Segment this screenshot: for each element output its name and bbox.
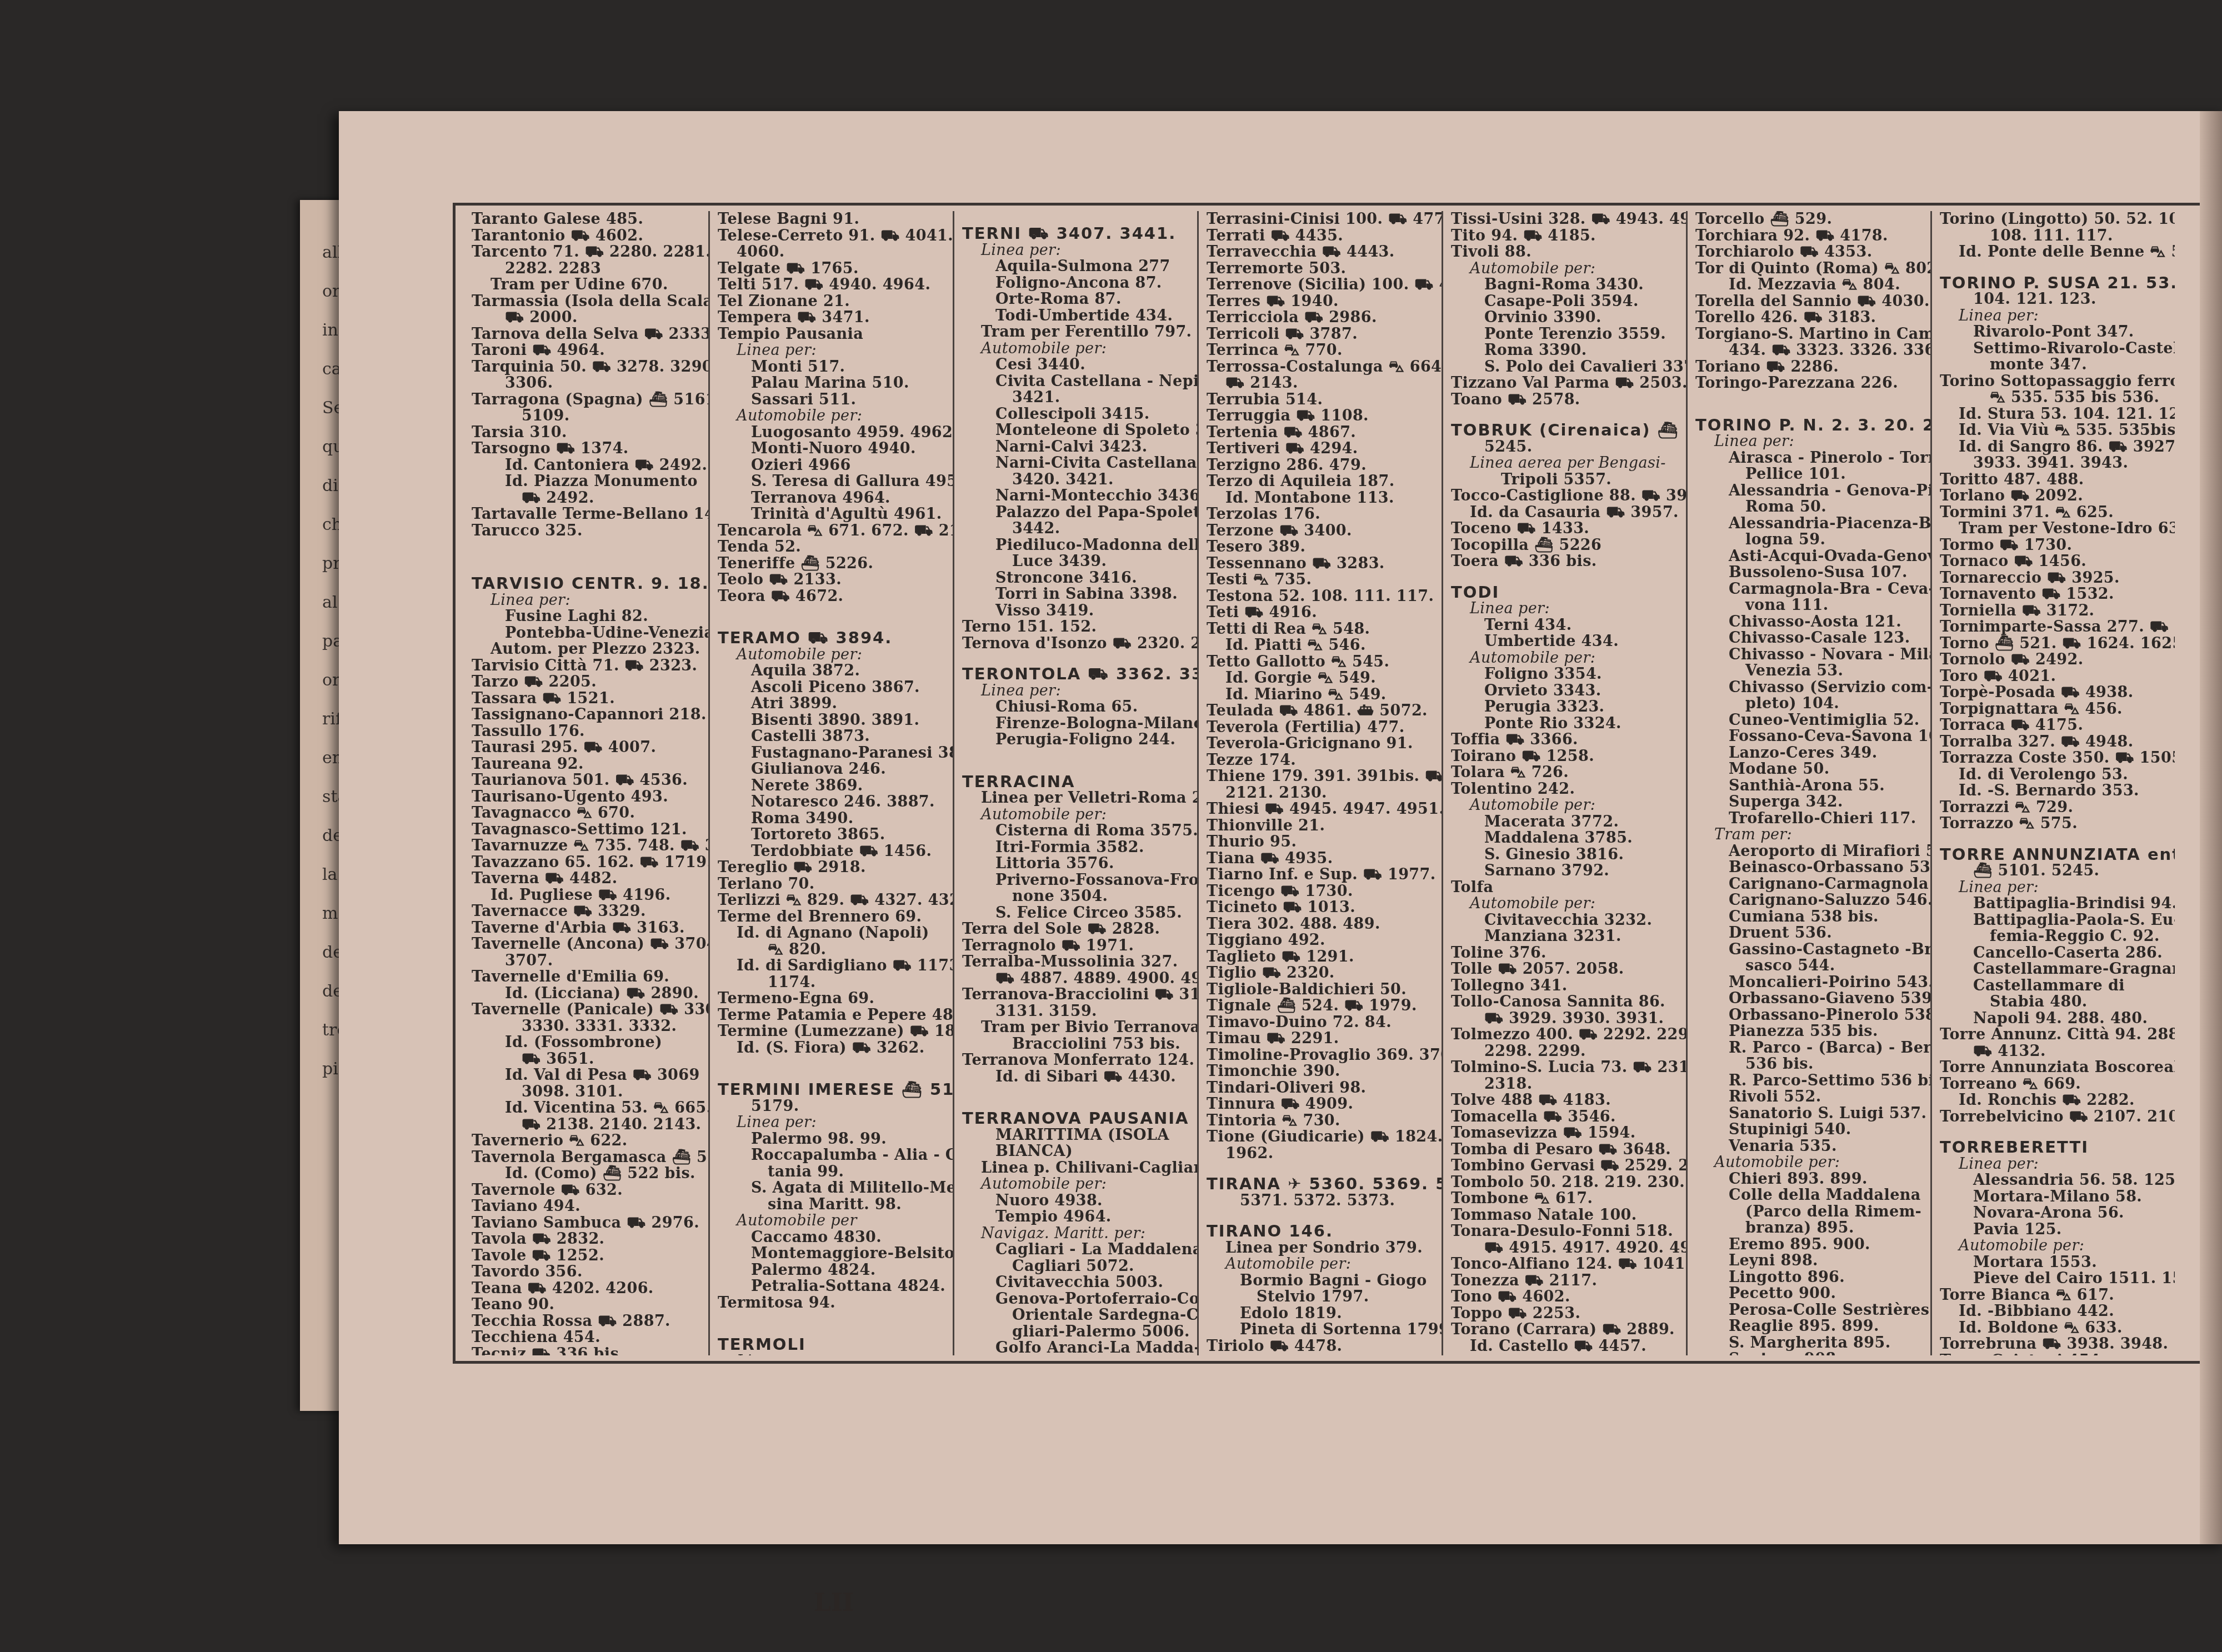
index-entry: Id. -Bibbiano 442. <box>1940 1303 2169 1320</box>
index-entry: Firenze-Bologna-Milano 65 <box>962 715 1192 732</box>
index-entry: Toera ⛟ 336 bis. <box>1451 553 1680 570</box>
index-entry: Tenda 52. <box>718 539 947 555</box>
index-entry <box>718 1056 947 1067</box>
index-entry: Orbassano-Giaveno 539. <box>1695 990 1925 1007</box>
index-entry: Id. Ponte delle Benne ⛍ 535 bis <box>1940 244 2169 261</box>
index-entry: ⛟ 2492. <box>472 490 703 507</box>
index-entry: Id. Stura 53. 104. 121. 123. 347. <box>1940 406 2169 423</box>
index-entry: Mortara 1553. <box>1940 1254 2169 1271</box>
index-entry: Atri 3899. <box>718 695 947 712</box>
index-entry: Chiusi-Roma 65. <box>962 699 1192 715</box>
index-entry: Terranova-Bracciolini ⛟ 3130 <box>962 987 1192 1003</box>
index-entry: Toringo-Parezzana 226. <box>1695 375 1925 392</box>
index-entry: Tavazzano 65. 162. ⛟ 1719. <box>472 854 703 871</box>
index-entry: Tolle ⛟ 2057. 2058. <box>1451 961 1680 978</box>
index-entry: Torchiarolo ⛟ 4353. <box>1695 244 1925 261</box>
index-entry: ⛍ 535. 535 bis 536. <box>1940 389 2169 406</box>
index-columns: Taranto Galese 485.Tarantonio ⛟ 4602.Tar… <box>464 211 2175 1355</box>
index-entry: Umbertide 434. <box>1451 633 1680 650</box>
index-entry: Terzone ⛟ 3400. <box>1207 523 1436 539</box>
index-entry: Automobile per: <box>1207 1256 1436 1273</box>
index-entry: Tavernacce ⛟ 3329. <box>472 903 703 920</box>
index-entry: 536 bis. <box>1695 1056 1925 1073</box>
index-entry: Pineta di Sortenna 1799. <box>1207 1321 1436 1338</box>
index-entry: Torlano ⛟ 2092. <box>1940 488 2169 504</box>
index-entry: Tarcento 71. ⛟ 2280. 2281. <box>472 244 703 261</box>
index-entry: 3306. <box>472 375 703 392</box>
index-entry: Terranova 4964. <box>718 490 947 507</box>
index-entry: ⛟ 4915. 4917. 4920. 4953 <box>1451 1240 1680 1256</box>
index-entry: Id. Val di Pesa ⛟ 3069 <box>472 1067 703 1084</box>
index-entry: Narni-Civita Castellana <box>962 455 1192 472</box>
index-entry: Toano ⛟ 2578. <box>1451 392 1680 408</box>
index-entry: Civitavecchia 3232. <box>1451 912 1680 929</box>
index-entry <box>1695 392 1925 403</box>
index-entry: Torino Sottopassaggio ferrovia <box>1940 373 2169 390</box>
index-entry: Tel Zionane 21. <box>718 293 947 310</box>
index-entry: Roma 3390. <box>1451 342 1680 359</box>
index-entry: Tarquinia 50. ⛟ 3278. 3290. <box>472 359 703 376</box>
index-entry: Tempio Pausania <box>718 326 947 343</box>
index-entry: Terragnolo ⛟ 1971. <box>962 938 1192 954</box>
index-entry: 4060. <box>718 244 947 261</box>
index-entry: Terres ⛟ 1940. <box>1207 293 1436 310</box>
index-entry: Teana ⛟ 4202. 4206. <box>472 1280 703 1297</box>
index-entry: Tommaso Natale 100. <box>1451 1207 1680 1224</box>
index-entry: Orvieto 3343. <box>1451 683 1680 699</box>
index-entry: sina Maritt. 98. <box>718 1197 947 1213</box>
index-entry: Id. Piatti ⛍ 546. <box>1207 637 1436 654</box>
underlying-text-fragment: di <box>322 478 338 494</box>
index-entry: Taroni ⛟ 4964. <box>472 342 703 359</box>
index-entry: Tomacella ⛟ 3546. <box>1451 1109 1680 1125</box>
index-entry: Tempio 4964. <box>962 1209 1192 1225</box>
index-entry: Tornimparte-Sassa 277. ⛟ 3483. <box>1940 619 2169 635</box>
index-entry: 3131. 3159. <box>962 1003 1192 1020</box>
index-entry: Tolmino-S. Lucia 73. ⛟ 2317. <box>1451 1059 1680 1076</box>
index-entry: Navigaz. Maritt. per: <box>962 1225 1192 1242</box>
index-entry: Terrenove (Sicilia) 100. ⛟ 4755 <box>1207 277 1436 293</box>
index-entry: Todi-Umbertide 434. <box>962 308 1192 324</box>
index-entry: Bisenti 3890. 3891. <box>718 712 947 729</box>
index-entry: Torri in Sabina 3398. <box>962 586 1192 603</box>
index-entry: logna 59. <box>1695 532 1925 548</box>
index-entry: Ternova d'Isonzo ⛟ 2320. 2321. <box>962 635 1192 652</box>
station-heading: TERRACINA <box>962 774 1192 790</box>
index-entry: Edolo 1819. <box>1207 1305 1436 1322</box>
index-entry: Bagni-Roma 3430. <box>1451 277 1680 293</box>
index-entry: Tignale ⛴ 524. ⛟ 1979. <box>1207 998 1436 1014</box>
index-entry: 2121. 2130. <box>1207 785 1436 802</box>
index-entry: 2298. 2299. <box>1451 1043 1680 1060</box>
index-entry: Venezia 53. <box>1695 663 1925 679</box>
index-entry: Terrossa-Costalunga ⛍ 664. <box>1207 359 1436 376</box>
index-entry: Tram per: <box>1695 827 1925 843</box>
index-entry: Giulianova 246. <box>718 761 947 778</box>
index-entry: monte 347. <box>1940 357 2169 373</box>
index-entry: Torgiano-S. Martino in Campo <box>1695 326 1925 343</box>
index-entry: Chivasso-Aosta 121. <box>1695 614 1925 630</box>
index-entry: Leyni 898. <box>1695 1253 1925 1269</box>
index-entry: Automobile per: <box>1451 650 1680 667</box>
station-heading: TORRE ANNUNZIATA ent. <box>1940 847 2169 863</box>
index-entry: Tempera ⛟ 3471. <box>718 309 947 326</box>
index-entry: Luce 3439. <box>962 553 1192 570</box>
index-entry: ⛴ 5101. 5245. <box>1940 863 2169 879</box>
index-entry: Tiggiano 492. <box>1207 932 1436 949</box>
index-entry: Telti 517. ⛟ 4940. 4964. <box>718 277 947 293</box>
index-entry: Torre Annunziata Boscoreale 286. <box>1940 1059 2169 1076</box>
index-entry: Timavo-Duino 72. 84. <box>1207 1014 1436 1031</box>
index-entry: Perugia 3323. <box>1451 699 1680 715</box>
index-entry: Id. (Licciana) ⛟ 2890. <box>472 985 703 1002</box>
index-entry: Roma 3490. <box>718 810 947 827</box>
index-entry: Cesi 3440. <box>962 357 1192 373</box>
station-heading: TERMOLI <box>718 1336 947 1353</box>
index-entry: Automobile per: <box>718 408 947 424</box>
index-entry: Teverola-Gricignano 91. <box>1207 735 1436 752</box>
index-entry: Tecchiena 454. <box>472 1329 703 1346</box>
index-entry: Torano (Carrara) ⛟ 2889. <box>1451 1321 1680 1338</box>
index-entry: Monteleone di Spoleto 3433 <box>962 422 1192 439</box>
index-entry: Tarzo ⛟ 2205. <box>472 674 703 690</box>
index-entry: Linea per: <box>1940 879 2169 896</box>
index-entry: Linea per: <box>962 683 1192 699</box>
index-entry: S. Ginesio 3816. <box>1451 847 1680 863</box>
index-entry: Aquila 3872. <box>718 663 947 679</box>
index-entry: Id. Pugliese ⛟ 4196. <box>472 887 703 904</box>
index-entry: Cagliari 5072. <box>962 1258 1192 1275</box>
index-entry: Id. Piazza Monumento <box>472 473 703 490</box>
index-entry: 1962. <box>1207 1145 1436 1162</box>
index-entry: Bracciolini 753 bis. <box>962 1036 1192 1053</box>
index-entry <box>718 604 947 615</box>
index-entry: Tavarnuzze ⛍ 735. 748. ⛟ 3019 <box>472 838 703 854</box>
index-entry: 108. 111. 117. <box>1940 228 2169 244</box>
index-entry: Perosa-Colle Sestrières 870. <box>1695 1302 1925 1319</box>
index-entry: Ozieri 4966 <box>718 457 947 474</box>
index-entry: Bussoleno-Susa 107. <box>1695 564 1925 581</box>
station-heading: TARVISIO CENTR. 9. 18. <box>472 575 703 592</box>
index-entry: Novara-Arona 56. <box>1940 1205 2169 1222</box>
index-entry <box>472 550 703 561</box>
index-entry: Ponte Terenzio 3559. <box>1451 326 1680 343</box>
index-entry: tania 99. <box>718 1164 947 1180</box>
index-entry: Reaglie 895. 899. <box>1695 1318 1925 1335</box>
index-entry: Tione (Giudicarie) ⛟ 1824. <box>1207 1129 1436 1145</box>
index-entry: pleto) 104. <box>1695 695 1925 712</box>
index-entry: Palau Marina 510. <box>718 375 947 392</box>
index-entry: Id. di Agnano (Napoli) <box>718 925 947 942</box>
index-entry: Narni-Calvi 3423. <box>962 439 1192 455</box>
index-entry: Thionville 21. <box>1207 818 1436 834</box>
index-entry: Nuoro 4938. <box>962 1193 1192 1209</box>
index-entry: Linea aerea per Bengasi- <box>1451 455 1680 472</box>
index-entry: S. Felice Circeo 3585. <box>962 905 1192 922</box>
index-entry: Torrebruna ⛟ 3938. 3948. <box>1940 1336 2169 1353</box>
index-entry: Castelli 3873. <box>718 728 947 745</box>
index-entry: 104. 121. 123. <box>1940 291 2169 308</box>
index-entry: Tortoreto 3865. <box>718 827 947 843</box>
index-entry: Rivoli 552. <box>1695 1089 1925 1105</box>
station-heading: MARITTIMA (ISOLA <box>962 1127 1192 1144</box>
index-entry: Genova-Portoferraio-Costa <box>962 1291 1192 1308</box>
index-entry: Golfo Aranci-La Madda- <box>962 1340 1192 1355</box>
index-entry: Linea per: <box>1451 600 1680 617</box>
index-entry: S. Polo dei Cavalieri 3377. <box>1451 359 1680 376</box>
index-entry: Tecchia Rossa ⛟ 2887. <box>472 1313 703 1330</box>
index-entry: Automobile per: <box>1940 1238 2169 1254</box>
index-entry: Tessennano ⛟ 3283. <box>1207 555 1436 572</box>
index-entry: R. Parco-Settimo 536 bis. <box>1695 1073 1925 1089</box>
index-entry: Tavagnacco ⛍ 670. <box>472 805 703 822</box>
index-entry: Littoria 3576. <box>962 855 1192 872</box>
index-entry: Tarvisio Città 71. ⛟ 2323. <box>472 658 703 674</box>
index-entry: Id. (S. Fiora) ⛟ 3262. <box>718 1040 947 1057</box>
index-entry: Terranova Monferrato 124. <box>962 1052 1192 1069</box>
index-column-1: Taranto Galese 485.Tarantonio ⛟ 4602.Tar… <box>464 211 708 1355</box>
index-entry: Carmagnola-Bra - Ceva-Sa- <box>1695 581 1925 598</box>
index-entry: Tornaco ⛟ 1456. <box>1940 553 2169 570</box>
index-entry: Visso 3419. <box>962 603 1192 619</box>
index-entry: Tizzano Val Parma ⛟ 2503. <box>1451 375 1680 392</box>
index-entry: Automobile per: <box>962 341 1192 357</box>
index-entry: Tomasevizza ⛟ 1594. <box>1451 1125 1680 1142</box>
index-entry: Eremo 895. 900. <box>1695 1237 1925 1253</box>
index-entry: Id. di Sardigliano ⛟ 1173. <box>718 958 947 974</box>
index-entry: Toceno ⛟ 1433. <box>1451 520 1680 537</box>
index-entry: Torno ⛴ 521. ⛟ 1624. 1625. <box>1940 635 2169 652</box>
index-entry: Linea per: <box>718 1114 947 1131</box>
index-entry: Tintoria ⛍ 730. <box>1207 1113 1436 1129</box>
index-entry: Pellice 101. <box>1695 466 1925 483</box>
index-entry: Linea per: <box>718 1353 947 1356</box>
index-entry: ⛟ 4887. 4889. 4900. 4969. <box>962 970 1192 987</box>
index-entry: Tencarola ⛍ 671. 672. ⛟ 2135. <box>718 523 947 539</box>
index-entry: Id. Cantoniera ⛟ 2492. <box>472 457 703 474</box>
index-entry <box>962 1085 1192 1096</box>
index-entry: Terralba-Mussolinia 327. <box>962 954 1192 970</box>
index-entry: Pontebba-Udine-Venezia 71 <box>472 625 703 642</box>
index-entry: Tissi-Usini 328. ⛟ 4943. 494. <box>1451 211 1680 228</box>
index-entry: Tigliole-Baldichieri 50. <box>1207 982 1436 998</box>
index-entry: ⛟ 3929. 3930. 3931. <box>1451 1010 1680 1027</box>
index-entry: Testona 52. 108. 111. 117. <box>1207 588 1436 605</box>
index-entry: Beinasco-Orbassano 539. <box>1695 859 1925 876</box>
index-column-6: Torcello ⛴ 529.Torchiara 92. ⛟ 4178.Torc… <box>1686 211 1930 1355</box>
index-entry: Tram per Bivio Terranova- <box>962 1019 1192 1036</box>
index-entry: Termitosa 94. <box>718 1295 947 1311</box>
index-entry: Palermo 4824. <box>718 1262 947 1279</box>
index-entry: Automobile per: <box>1451 895 1680 912</box>
index-entry: Termeno-Egna 69. <box>718 990 947 1007</box>
index-entry: Id. di Sangro 86. ⛟ 3927. <box>1940 439 2169 455</box>
station-heading: TORREBERETTI <box>1940 1139 2169 1156</box>
index-entry: Id. da Casauria ⛟ 3957. <box>1451 504 1680 521</box>
index-entry: Tesero 389. <box>1207 539 1436 555</box>
station-heading: TERNI ⛟ 3407. 3441. <box>962 226 1192 242</box>
index-entry: Torniella ⛟ 3172. <box>1940 603 2169 619</box>
index-entry: Terra del Sole ⛟ 2828. <box>962 921 1192 938</box>
index-entry: Terlizzi ⛍ 829. ⛟ 4327. 4328. <box>718 892 947 909</box>
index-entry: Monti 517. <box>718 359 947 376</box>
index-entry: Teano 90. <box>472 1296 703 1313</box>
index-entry: Casape-Poli 3594. <box>1451 293 1680 310</box>
index-entry: Foligno 3354. <box>1451 666 1680 683</box>
index-entry: Tiera 302. 488. 489. <box>1207 916 1436 933</box>
index-entry: Pieve del Cairo 1511. 1553. <box>1940 1270 2169 1287</box>
index-entry: Taurianova 501. ⛟ 4536. <box>472 772 703 789</box>
index-entry: ⛟ 3651. <box>472 1051 703 1068</box>
index-entry: Tertenia ⛟ 4867. <box>1207 424 1436 441</box>
underlying-text-fragment: al <box>322 594 337 611</box>
index-entry: 2318. <box>1451 1076 1680 1093</box>
index-entry: Tavole ⛟ 1252. <box>472 1248 703 1264</box>
index-entry: Ascoli Piceno 3867. <box>718 679 947 696</box>
index-entry: Id. Via Viù ⛍ 535. 535bis. 536. <box>1940 422 2169 439</box>
index-entry <box>718 1311 947 1322</box>
index-entry: Tarsogno ⛟ 1374. <box>472 440 703 457</box>
index-entry: Id. di Verolengo 53. <box>1940 767 2169 783</box>
index-entry: Chivasso-Casale 123. <box>1695 630 1925 647</box>
index-entry: Torello 426. ⛟ 3183. <box>1695 309 1925 326</box>
index-entry: Tassara ⛟ 1521. <box>472 690 703 707</box>
index-entry: Perugia-Foligno 244. <box>962 732 1192 748</box>
index-entry: Collescipoli 3415. <box>962 406 1192 423</box>
index-entry: Tormini 371. ⛍ 625. <box>1940 504 2169 521</box>
index-entry: Automobile per: <box>1451 261 1680 277</box>
index-entry: Civitavecchia 5003. <box>962 1274 1192 1291</box>
index-entry: Id. di Sibari ⛟ 4430. <box>962 1069 1192 1085</box>
index-entry: Tolmezzo 400. ⛟ 2292. 2297. <box>1451 1027 1680 1043</box>
index-entry: Taranto Galese 485. <box>472 211 703 228</box>
index-entry: Chivasso - Novara - Milano- <box>1695 647 1925 663</box>
index-entry: ⛟ 4132. <box>1940 1043 2169 1060</box>
index-entry: 3442. <box>962 520 1192 537</box>
index-entry: Gassino-Castagneto -Bru- <box>1695 942 1925 958</box>
index-entry: Automobile per: <box>1451 797 1680 814</box>
index-entry: Tetto Gallotto ⛍ 545. <box>1207 654 1436 670</box>
index-entry: Tram per Ferentillo 797. <box>962 324 1192 341</box>
index-entry: Taurasi 295. ⛟ 4007. <box>472 739 703 756</box>
index-entry: Automobile per: <box>962 807 1192 823</box>
index-entry: Tassullo 176. <box>472 723 703 740</box>
index-entry: Castellammare-Gragnano 288. <box>1940 961 2169 978</box>
index-entry: Termine (Lumezzane) ⛟ 1851. <box>718 1023 947 1040</box>
index-entry: Tavernelle d'Emilia 69. <box>472 969 703 985</box>
index-entry: Torrazzi ⛍ 729. <box>1940 799 2169 816</box>
index-entry: Tollo-Canosa Sannita 86. <box>1451 994 1680 1010</box>
index-entry: Telese Bagni 91. <box>718 211 947 228</box>
index-entry: Lingotto 896. <box>1695 1269 1925 1286</box>
station-heading: TERMINI IMERESE ⛴ 5162. <box>718 1082 947 1098</box>
index-entry: Ponte Rio 3324. <box>1451 715 1680 732</box>
index-entry: Tavernole ⛟ 632. <box>472 1182 703 1199</box>
index-entry: Fustagnano-Paranesi 3874. <box>718 745 947 762</box>
index-entry: Terme Patamia e Pepere 481. <box>718 1007 947 1024</box>
index-entry: Id. Ronchis ⛟ 2282. <box>1940 1092 2169 1109</box>
index-entry: Tavordo 356. <box>472 1264 703 1280</box>
index-entry: Cagliari - La Maddalena- <box>962 1241 1192 1258</box>
index-entry: Id. (Fossombrone) <box>472 1034 703 1051</box>
index-entry: Fossano-Ceva-Savona 108. <box>1695 728 1925 745</box>
index-entry: Tram per Udine 670. <box>472 277 703 293</box>
index-entry: vona 111. <box>1695 597 1925 614</box>
index-entry: Tiro a Segno ⛍ 676. <box>1207 1354 1436 1355</box>
index-entry: Id. Castello ⛟ 4457. <box>1451 1338 1680 1355</box>
index-entry: Tolfa <box>1451 879 1680 896</box>
index-entry: Linea per: <box>1940 308 2169 324</box>
index-entry: Roccapalumba - Alia - Ca- <box>718 1147 947 1164</box>
index-entry: Tonco-Alfiano 124. ⛟ 1041. 1043. <box>1451 1256 1680 1273</box>
index-entry: Id. Vicentina 53. ⛍ 665. <box>472 1100 703 1117</box>
index-entry: Tereglio ⛟ 2918. <box>718 859 947 876</box>
index-entry: Torella del Sannio ⛟ 4030. <box>1695 293 1925 310</box>
index-entry: Tertiveri ⛟ 4294. <box>1207 440 1436 457</box>
station-heading: BIANCA) <box>962 1143 1192 1160</box>
index-entry: Tollegno 341. <box>1451 978 1680 994</box>
index-entry: Santena 908. <box>1695 1351 1925 1355</box>
index-entry: Trinità d'Agultù 4961. <box>718 506 947 523</box>
index-entry: Torpè-Posada ⛟ 4938. <box>1940 684 2169 701</box>
index-column-5: Tissi-Usini 328. ⛟ 4943. 494.Tito 94. ⛟ … <box>1442 211 1686 1355</box>
index-entry: Tavernelle (Panicale) ⛟ 3304. <box>472 1002 703 1018</box>
index-entry: S. Agata di Militello-Mes- <box>718 1180 947 1197</box>
index-entry: Torchiara 92. ⛟ 4178. <box>1695 228 1925 244</box>
index-entry: Automobile per: <box>718 647 947 663</box>
index-entry: Pecetto 900. <box>1695 1285 1925 1302</box>
index-entry: Linea per: <box>1940 1156 2169 1173</box>
index-entry: Carignano-Saluzzo 546. <box>1695 892 1925 909</box>
index-entry: Teneriffe ⛴ 5226. <box>718 555 947 572</box>
index-entry: Pianezza 535 bis. <box>1695 1023 1925 1040</box>
index-entry: 5371. 5372. 5373. <box>1207 1193 1436 1209</box>
index-entry: Orte-Roma 87. <box>962 291 1192 308</box>
index-entry: 434. ⛟ 3323. 3326. 3361. <box>1695 342 1925 359</box>
index-entry: 3098. 3101. <box>472 1084 703 1100</box>
index-entry: 3933. 3941. 3943. <box>1940 455 2169 472</box>
index-entry: Terme del Brennero 69. <box>718 909 947 925</box>
index-entry: Teti ⛟ 4916. <box>1207 604 1436 621</box>
index-entry: Terrubia 514. <box>1207 392 1436 408</box>
index-entry: Tezze 174. <box>1207 752 1436 769</box>
index-entry: ⛟ 2000. <box>472 309 703 326</box>
index-entry: Id. Boldone ⛍ 633. <box>1940 1320 2169 1336</box>
index-entry: Tarragona (Spagna) ⛴ 5161. <box>472 392 703 408</box>
index-entry: Taureana 92. <box>472 756 703 773</box>
index-entry: Terzolas 176. <box>1207 506 1436 523</box>
index-entry: Tiriolo ⛟ 4478. <box>1207 1338 1436 1355</box>
index-entry: Sassari 511. <box>718 392 947 408</box>
index-entry: 3330. 3331. 3332. <box>472 1018 703 1035</box>
index-entry: Toffia ⛟ 3366. <box>1451 732 1680 748</box>
index-entry: (Parco della Rimem- <box>1695 1204 1925 1220</box>
index-entry: Druent 536. <box>1695 925 1925 942</box>
index-entry: 5245. <box>1451 439 1680 455</box>
index-entry: Tindari-Oliveri 98. <box>1207 1080 1436 1097</box>
index-entry: Tetti di Rea ⛍ 548. <box>1207 621 1436 638</box>
index-entry: Tarucco 325. <box>472 523 703 539</box>
index-entry: Alessandria 56. 58. 125. <box>1940 1172 2169 1189</box>
index-entry: Tolara ⛍ 726. <box>1451 764 1680 781</box>
index-entry: gliari-Palermo 5006. <box>962 1324 1192 1340</box>
index-entry: 5109. <box>472 408 703 424</box>
index-entry: Id. Gorgie ⛍ 549. <box>1207 670 1436 687</box>
index-entry: Tecniz ⛟ 336 bis. <box>472 1346 703 1356</box>
index-column-2: Telese Bagni 91.Telese-Cerreto 91. ⛟ 404… <box>708 211 953 1355</box>
index-entry: Torre Bianca ⛍ 617. <box>1940 1287 2169 1304</box>
station-heading: TOBRUK (Cirenaica) ⛴ 5047. <box>1451 422 1680 439</box>
